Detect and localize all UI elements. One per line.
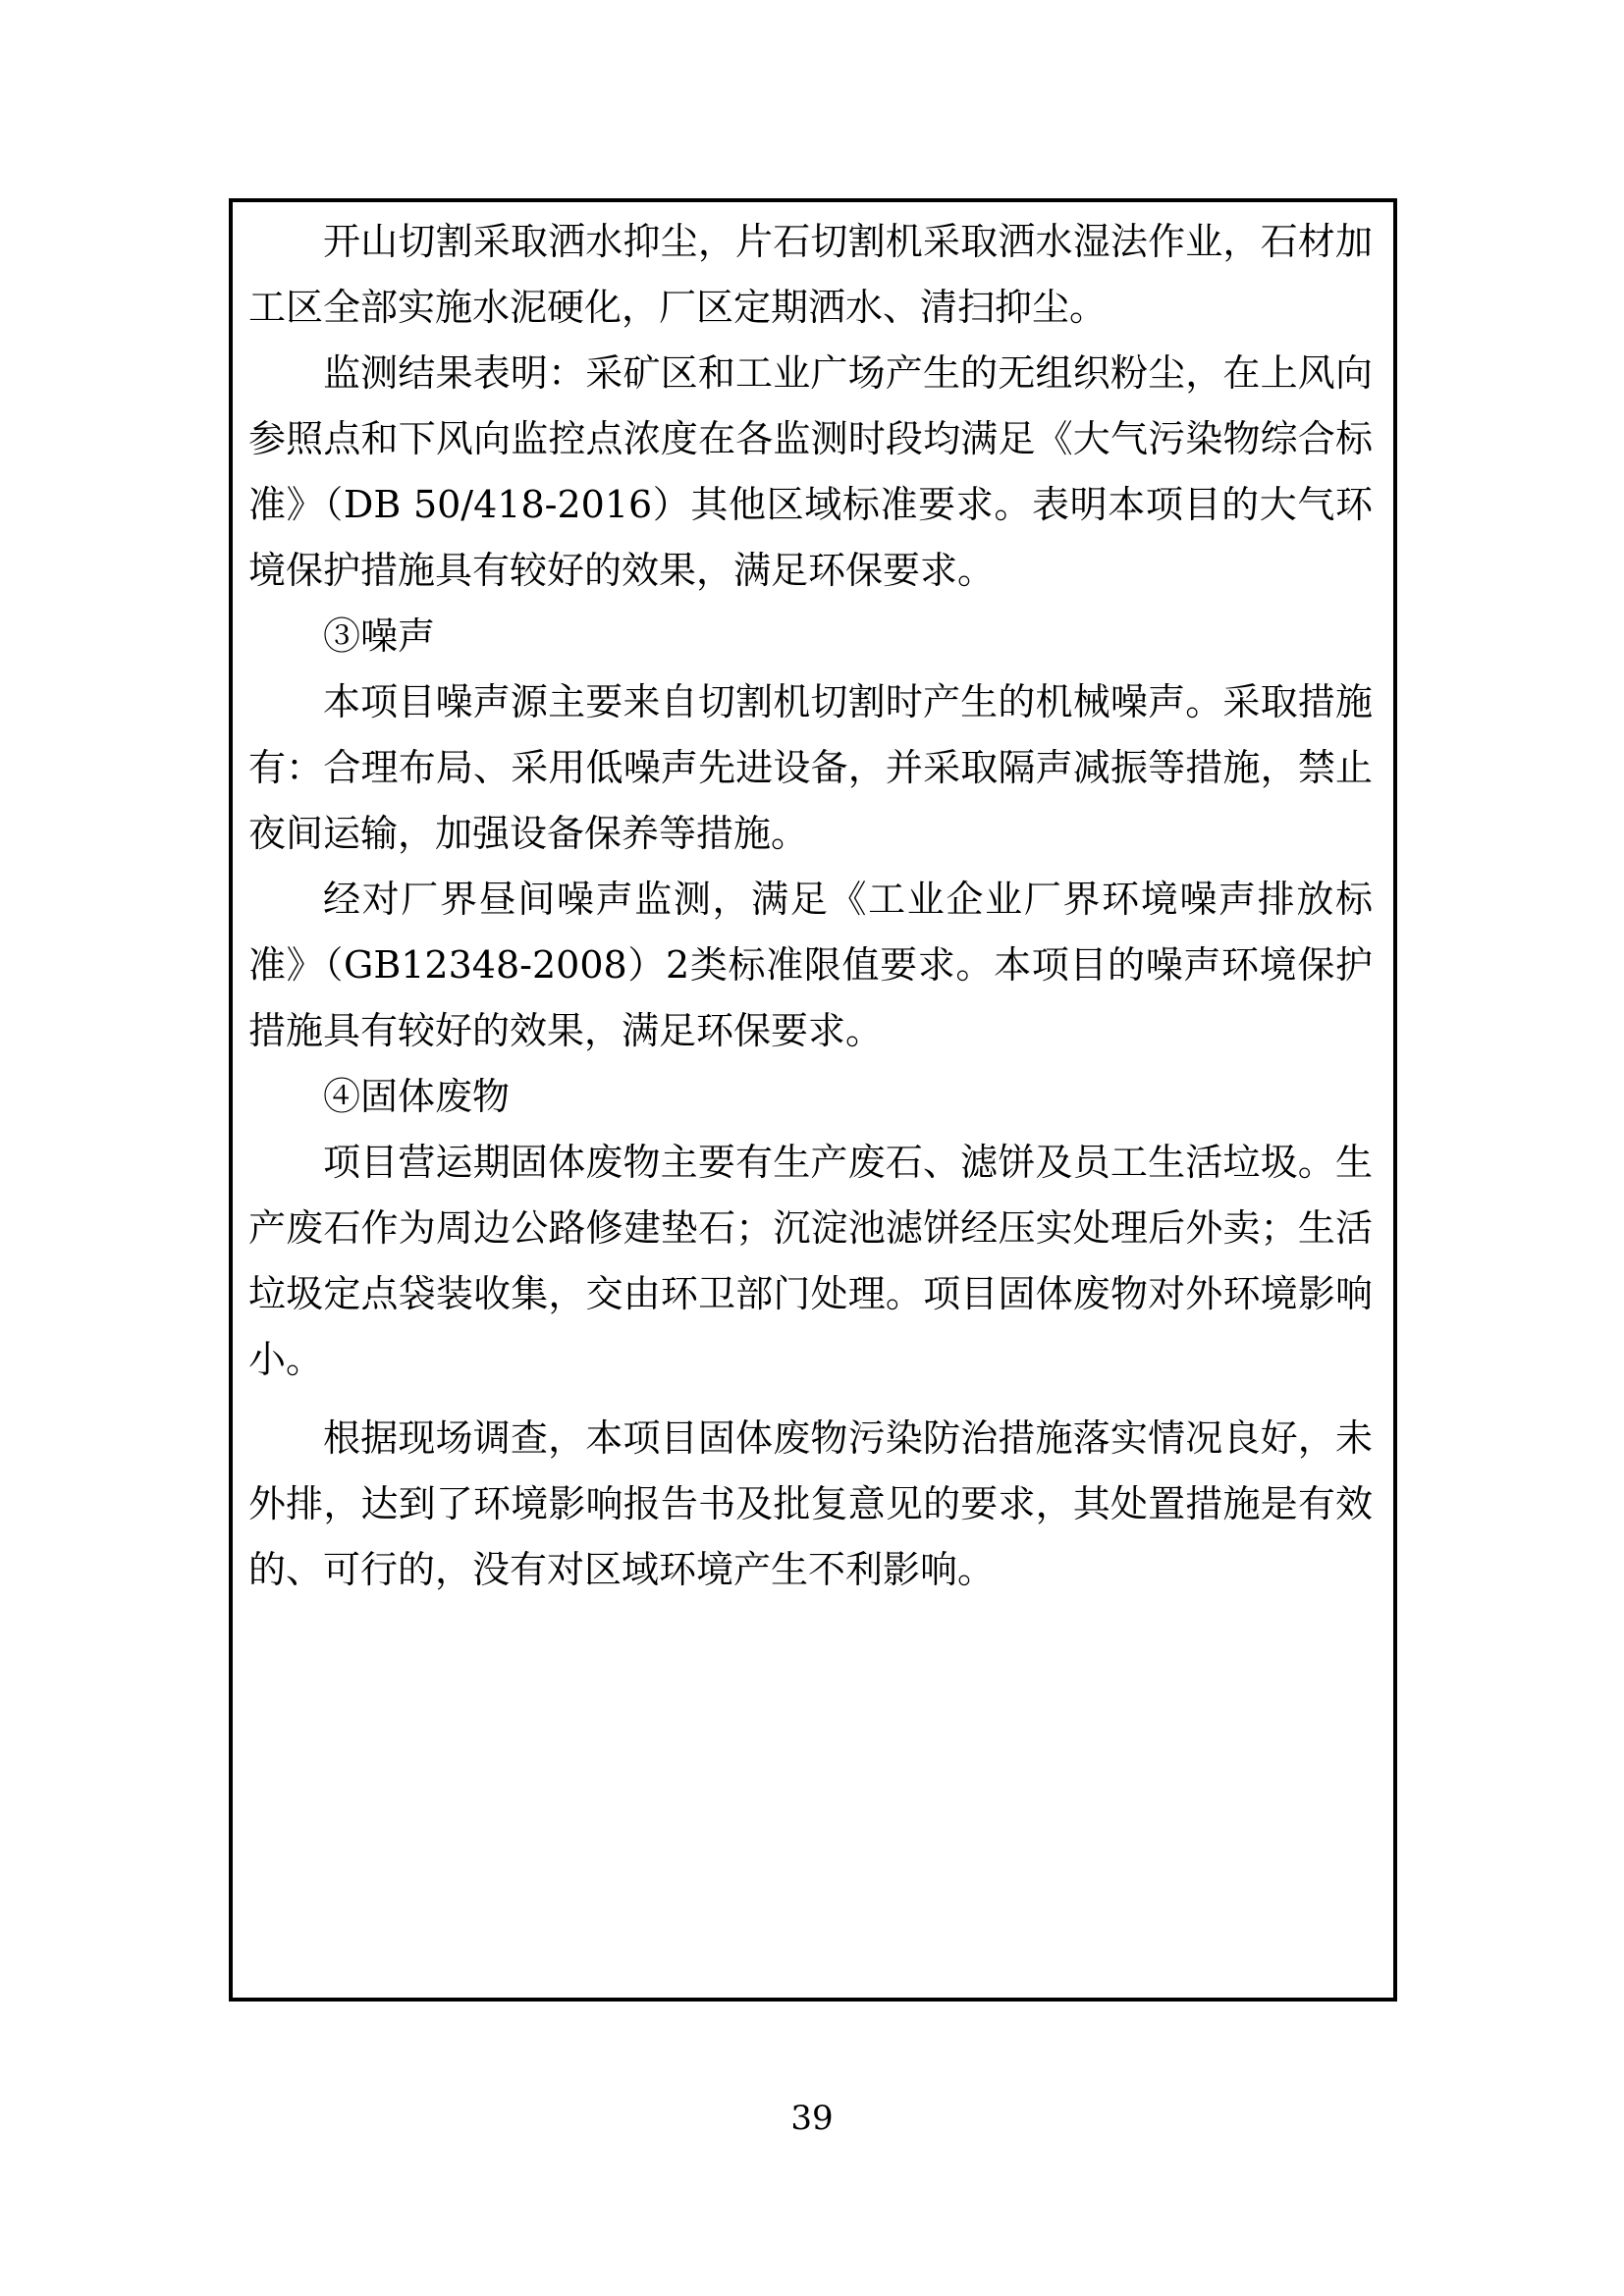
paragraph: 项目营运期固体废物主要有生产废石、滤饼及员工生活垃圾。生产废石作为周边公路修建垫… (248, 1130, 1373, 1393)
paragraph: ③噪声 (248, 604, 1373, 669)
paragraph: 经对厂界昼间噪声监测，满足《工业企业厂界环境噪声排放标准》（GB12348-20… (248, 867, 1373, 1064)
document-sheet: 开山切割采取洒水抑尘，片石切割机采取洒水湿法作业，石材加工区全部实施水泥硬化，厂… (0, 0, 1624, 2296)
page-number: 39 (0, 2099, 1624, 2138)
paragraph: 开山切割采取洒水抑尘，片石切割机采取洒水湿法作业，石材加工区全部实施水泥硬化，厂… (248, 209, 1373, 341)
paragraph-list: 开山切割采取洒水抑尘，片石切割机采取洒水湿法作业，石材加工区全部实施水泥硬化，厂… (248, 209, 1373, 1603)
paragraph: 本项目噪声源主要来自切割机切割时产生的机械噪声。采取措施有：合理布局、采用低噪声… (248, 669, 1373, 867)
paragraph: 根据现场调查，本项目固体废物污染防治措施落实情况良好，未外排，达到了环境影响报告… (248, 1406, 1373, 1603)
content-box: 开山切割采取洒水抑尘，片石切割机采取洒水湿法作业，石材加工区全部实施水泥硬化，厂… (229, 198, 1397, 2002)
paragraph: 监测结果表明：采矿区和工业广场产生的无组织粉尘，在上风向参照点和下风向监控点浓度… (248, 341, 1373, 604)
paragraph: ④固体废物 (248, 1064, 1373, 1130)
